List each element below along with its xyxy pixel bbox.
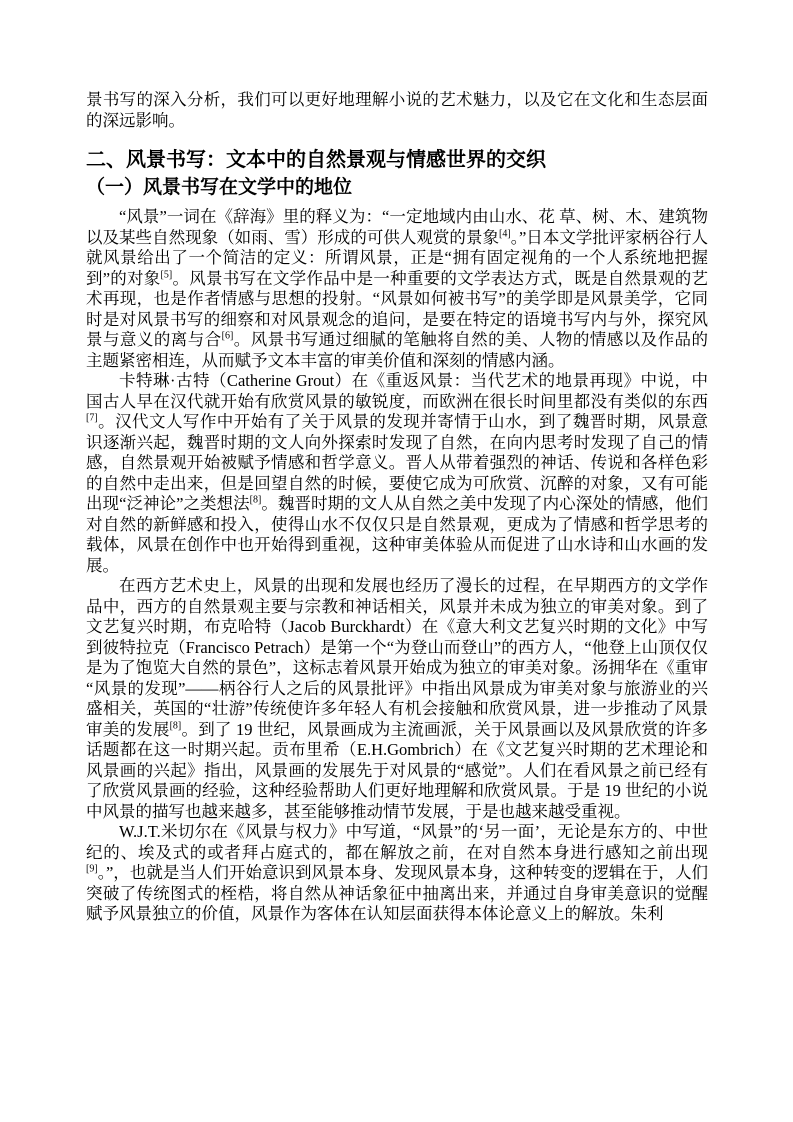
footnote-reference: [6] [222, 331, 234, 342]
paragraph-continuation-from-previous-page: 景书写的深入分析，我们可以更好地理解小说的艺术魅力，以及它在文化和生态层面的深远… [86, 90, 708, 131]
document-page: 景书写的深入分析，我们可以更好地理解小说的艺术魅力，以及它在文化和生态层面的深远… [0, 0, 793, 1122]
footnote-reference: [4] [499, 228, 511, 239]
footnote-reference: [5] [161, 269, 173, 280]
document-body: 景书写的深入分析，我们可以更好地理解小说的艺术魅力，以及它在文化和生态层面的深远… [86, 90, 708, 925]
paragraph-western-landscape-history: 在西方艺术史上，风景的出现和发展也经历了漫长的过程，在早期西方的文学作品中，西方… [86, 576, 708, 822]
footnote-reference: [9] [86, 864, 98, 875]
footnote-reference: [8] [170, 720, 182, 731]
paragraph-landscape-definition: “风景”一词在《辞海》里的释义为：“一定地域内由山水、花 草、树、木、建筑物以及… [86, 207, 708, 371]
footnote-reference: [7] [86, 413, 98, 424]
paragraph-chinese-landscape-history: 卡特琳·古特（Catherine Grout）在《重返风景：当代艺术的地景再现》… [86, 371, 708, 576]
paragraph-mitchell-landscape-power: W.J.T.米切尔在《风景与权力》中写道，“风景”的‘另一面’，无论是东方的、中… [86, 822, 708, 925]
subsection-heading-status-in-literature: （一）风景书写在文学中的地位 [86, 174, 708, 201]
footnote-reference: [8] [250, 495, 262, 506]
section-heading-landscape-writing: 二、风景书写：文本中的自然景观与情感世界的交织 [86, 146, 708, 174]
